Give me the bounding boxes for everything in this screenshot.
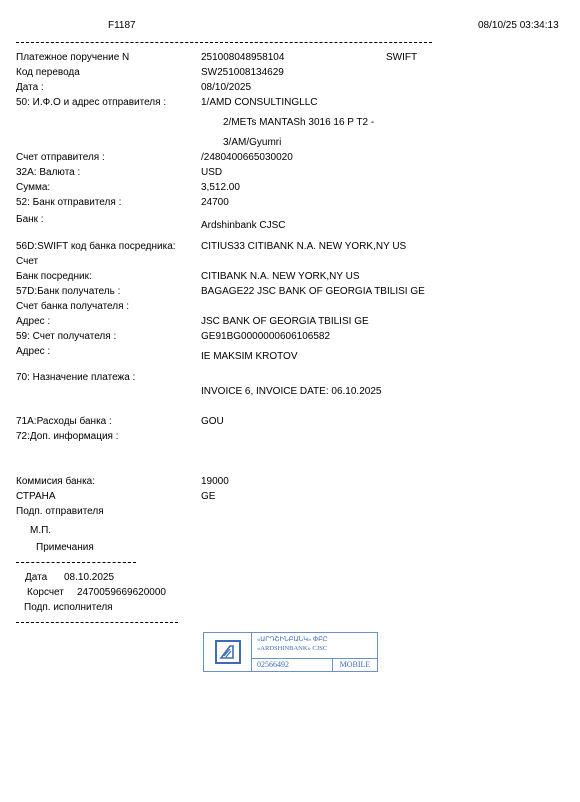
field-label: 57D:Банк получатель : [16,286,120,298]
notes-divider [16,562,136,563]
stamp-names: «ԱՐԴՇԻՆԲԱՆԿ» ՓԲԸ «ARDSHINBANK» CJSC [252,633,377,659]
field-label: Адрес : [16,316,50,328]
field-label: 59: Счет получателя : [16,331,116,343]
stamp-mp-label: М.П. [30,525,51,537]
stamp-name-armenian: «ԱՐԴՇԻՆԲԱՆԿ» ՓԲԸ [257,635,377,644]
field-value: JSC BANK OF GEORGIA TBILISI GE [201,316,369,328]
date-value: 08.10.2025 [64,572,114,584]
stamp-number: 02566492 [252,659,333,671]
field-value: Ardshinbank CJSC [201,220,285,232]
bank-stamp: «ԱՐԴՇԻՆԲԱՆԿ» ՓԲԸ «ARDSHINBANK» CJSC 0256… [203,632,378,672]
field-value: /2480400665030020 [201,152,293,164]
field-value: 24700 [201,197,229,209]
executor-signature-label: Подп. исполнителя [24,602,113,614]
print-datetime: 08/10/25 03:34:13 [478,20,559,32]
field-label: Платежное поручение N [16,52,129,64]
stamp-logo-cell [204,633,252,671]
field-label: Счет [16,256,38,268]
field-value: 1/AMD CONSULTINGLLC [201,97,318,109]
field-value: 2/METs MANTASh 3016 16 P T2 - [223,117,374,129]
notes-label: Примечания [36,542,94,554]
corr-account-value: 2470059669620000 [77,587,166,599]
field-label: СТРАНА [16,491,56,503]
field-label: 70: Назначение платежа : [16,372,135,384]
field-value: USD [201,167,222,179]
field-label: Сумма: [16,182,50,194]
field-value: CITIUS33 CITIBANK N.A. NEW YORK,NY US [201,241,406,253]
field-label: 52: Банк отправителя : [16,197,121,209]
field-value: CITIBANK N.A. NEW YORK,NY US [201,271,360,283]
field-label: Подп. отправителя [16,506,104,518]
field-label: Коммисия банка: [16,476,95,488]
field-label: 50: И.Ф.О и адрес отправителя : [16,97,166,109]
field-label: Адрес : [16,346,50,358]
field-label: Код перевода [16,67,80,79]
document-code: F1187 [108,20,136,32]
field-label: Счет отправителя : [16,152,105,164]
stamp-bottom-row: 02566492 MOBILE [252,659,377,671]
header-divider [16,42,432,43]
field-label: Дата : [16,82,44,94]
date-label: Дата [25,572,47,584]
field-value: INVOICE 6, INVOICE DATE: 06.10.2025 [201,386,381,398]
ardshinbank-logo-icon [215,640,241,664]
footer-divider [16,622,178,623]
field-value: GOU [201,416,224,428]
stamp-name-latin: «ARDSHINBANK» CJSC [257,644,377,653]
field-value: 19000 [201,476,229,488]
field-label: 72:Доп. информация : [16,431,119,443]
corr-account-label: Корсчет [27,587,64,599]
field-label: Счет банка получателя : [16,301,129,313]
field-value: 08/10/2025 [201,82,251,94]
field-label: 71A:Расходы банка : [16,416,112,428]
field-label: Банк посредник: [16,271,92,283]
field-label: Банк : [16,214,44,226]
field-value: GE91BG0000000606106582 [201,331,330,343]
field-value: GE [201,491,215,503]
field-label: 32A: Валюта : [16,167,80,179]
field-value: SW251008134629 [201,67,284,79]
stamp-text-area: «ԱՐԴՇԻՆԲԱՆԿ» ՓԲԸ «ARDSHINBANK» CJSC 0256… [252,633,377,671]
field-value: BAGAGE22 JSC BANK OF GEORGIA TBILISI GE [201,286,425,298]
field-value: IE MAKSIM KROTOV [201,351,298,363]
stamp-tag: MOBILE [333,659,377,671]
field-value: 251008048958104 [201,52,284,64]
field-value: 3/AM/Gyumri [223,137,281,149]
field-value: 3,512.00 [201,182,240,194]
payment-type: SWIFT [386,52,417,64]
field-label: 56D:SWIFT код банка посредника: [16,241,176,253]
